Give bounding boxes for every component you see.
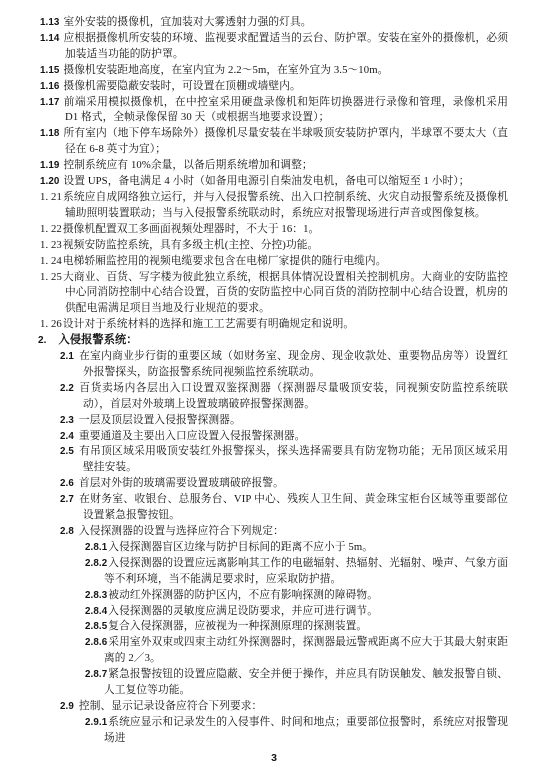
clause-text: 复合入侵探测器，应被视为一种探测原理的探测装置。 [108, 620, 367, 632]
clause-item: 2.1在室内商业步行街的重要区域（如财务室、现金房、现金收款处、重要物品房等）设… [40, 349, 508, 381]
clause-number: 1. 25 [40, 271, 62, 283]
page-number: 3 [40, 752, 508, 764]
clause-number: 2.8.6 [85, 637, 107, 648]
clause-number: 1.20 [40, 176, 59, 187]
clause-item: 1. 26设计对于系统材料的选择和施工工艺需要有明确规定和说明。 [40, 317, 508, 333]
document-body: 1.13室外安装的摄像机，宜加装对大雾透射力强的灯具。1.14应根据摄像机所安装… [40, 15, 508, 747]
clause-item: 1. 24电梯轿厢监控用的视频电缆要求包含在电梯厂家提供的随行电缆内。 [40, 254, 508, 270]
clause-number: 1.13 [40, 17, 59, 28]
clause-text: 所有室内（地下停车场除外）摄像机尽量安装在半球吸顶安装防护罩内，半球罩不要太大（… [63, 127, 508, 155]
clause-number: 2.8.7 [85, 669, 107, 680]
clause-number: 2.8.5 [85, 621, 107, 632]
clause-number: 1. 23 [40, 239, 62, 251]
clause-number: 2.3 [60, 415, 74, 426]
section-title: 入侵报警系统： [59, 334, 138, 346]
clause-text: 摄像机安装距地高度，在室内宜为 2.2～5m，在室外宜为 3.5～10m。 [63, 64, 388, 76]
clause-text: 采用室外双束或四束主动红外探测器时，探测器最远警戒距离不应大于其最大射束距离的 … [104, 636, 508, 664]
clause-item: 2.7在财务室、收银台、总服务台、VIP 中心、残疾人卫生间、黄金珠宝柜台区域等… [40, 492, 508, 524]
clause-text: 前端采用模拟摄像机，在中控室采用硬盘录像机和矩阵切换器进行录像和管理，录像机采用… [63, 96, 508, 124]
clause-number: 1.14 [40, 33, 59, 44]
clause-number: 2.6 [60, 478, 74, 489]
clause-text: 电梯轿厢监控用的视频电缆要求包含在电梯厂家提供的随行电缆内。 [63, 255, 387, 267]
clause-number: 1.16 [40, 81, 59, 92]
clause-item: 2.8.6采用室外双束或四束主动红外探测器时，探测器最远警戒距离不应大于其最大射… [40, 635, 508, 667]
clause-item: 2.9.1系统应显示和记录发生的入侵事件、时间和地点；重要部位报警时，系统应对报… [40, 715, 508, 747]
clause-text: 大商业、百货、写字楼为彼此独立系统，根据具体情况设置相关控制机房。大商业的安防监… [63, 271, 508, 315]
clause-text: 一层及顶层设置入侵报警探测器。 [79, 414, 241, 426]
clause-number: 1.18 [40, 128, 59, 139]
clause-number: 1.15 [40, 65, 59, 76]
clause-item: 2.8.4入侵探测器的灵敏度应满足设防要求，并应可进行调节。 [40, 604, 508, 620]
clause-item: 1.18所有室内（地下停车场除外）摄像机尽量安装在半球吸顶安装防护罩内，半球罩不… [40, 126, 508, 158]
clause-number: 1. 22 [40, 223, 62, 235]
clause-item: 1.17前端采用模拟摄像机，在中控室采用硬盘录像机和矩阵切换器进行录像和管理，录… [40, 95, 508, 127]
clause-number: 1.17 [40, 97, 59, 108]
clause-text: 首层对外街的玻璃需要设置玻璃破碎报警。 [79, 477, 284, 489]
clause-item: 1.15摄像机安装距地高度，在室内宜为 2.2～5m，在室外宜为 3.5～10m… [40, 63, 508, 79]
clause-text: 应根据摄像机所安装的环境、监视要求配置适当的云台、防护罩。安装在室外的摄像机，必… [63, 32, 508, 60]
clause-item: 2.6首层对外街的玻璃需要设置玻璃破碎报警。 [40, 476, 508, 492]
clause-item: 1. 23视频安防监控系统，具有多级主机(主控、分控)功能。 [40, 238, 508, 254]
clause-item: 2.5有吊顶区域采用吸顶安装红外报警探头，探头选择需要具有防宠物功能；无吊顶区域… [40, 444, 508, 476]
clause-number: 2.8.4 [85, 606, 107, 617]
clause-item: 1.19控制系统应有 10%余量，以备后期系统增加和调整； [40, 158, 508, 174]
clause-text: 视频安防监控系统，具有多级主机(主控、分控)功能。 [63, 239, 318, 251]
clause-number: 2.1 [60, 351, 74, 362]
clause-number: 2.9.1 [85, 717, 107, 728]
clause-text: 系统应自成网络独立运行，并与入侵报警系统、出入口控制系统、火灾自动报警系统及摄像… [63, 191, 508, 219]
clause-text: 入侵探测器的设置与选择应符合下列规定： [79, 525, 284, 537]
clause-text: 入侵探测器的设置应远离影响其工作的电磁辐射、热辐射、光辐射、噪声、气象方面等不利… [104, 557, 508, 585]
clause-number: 2.8.3 [85, 590, 107, 601]
clause-number: 2.9 [60, 701, 74, 712]
clause-item: 2.2百货卖场内各层出入口设置双鉴探测器（探测器尽量吸顶安装，同视频安防监控系统… [40, 381, 508, 413]
clause-text: 设计对于系统材料的选择和施工工艺需要有明确规定和说明。 [63, 318, 354, 330]
clause-number: 2.4 [60, 431, 74, 442]
clause-item: 1.16摄像机需要隐蔽安装时，可设置在顶棚或墙壁内。 [40, 79, 508, 95]
clause-text: 设置 UPS，备电满足 4 小时（如备用电源引自柴油发电机，备电可以缩短至 1 … [63, 175, 469, 187]
clause-item: 2.8入侵探测器的设置与选择应符合下列规定： [40, 524, 508, 540]
clause-number: 1. 24 [40, 255, 62, 267]
section-heading: 2.入侵报警系统： [40, 333, 508, 349]
clause-text: 重要通道及主要出入口应设置入侵报警探测器。 [79, 430, 306, 442]
clause-number: 2.8.1 [85, 542, 107, 553]
clause-number: 2.5 [60, 446, 74, 457]
clause-text: 有吊顶区域采用吸顶安装红外报警探头，探头选择需要具有防宠物功能；无吊顶区域采用壁… [79, 445, 508, 473]
clause-number: 1.19 [40, 160, 59, 171]
clause-number: 2.8 [60, 526, 74, 537]
clause-item: 2.3一层及顶层设置入侵报警探测器。 [40, 413, 508, 429]
clause-number: 1. 21 [40, 191, 62, 203]
section-number: 2. [38, 335, 47, 346]
clause-item: 2.8.7紧急报警按钮的设置应隐蔽、安全并便于操作，并应具有防误触发、触发报警自… [40, 667, 508, 699]
clause-text: 入侵探测器盲区边缘与防护目标间的距离不应小于 5m。 [108, 541, 373, 553]
clause-number: 2.7 [60, 494, 74, 505]
clause-item: 1. 25大商业、百货、写字楼为彼此独立系统，根据具体情况设置相关控制机房。大商… [40, 270, 508, 318]
clause-item: 2.4重要通道及主要出入口应设置入侵报警探测器。 [40, 429, 508, 445]
clause-number: 2.8.2 [85, 558, 107, 569]
clause-item: 1. 22摄像机配置双工多画面视频处理器时，不大于 16：1。 [40, 222, 508, 238]
clause-text: 室外安装的摄像机，宜加装对大雾透射力强的灯具。 [63, 16, 311, 28]
clause-item: 2.8.1入侵探测器盲区边缘与防护目标间的距离不应小于 5m。 [40, 540, 508, 556]
document-page: 1.13室外安装的摄像机，宜加装对大雾透射力强的灯具。1.14应根据摄像机所安装… [0, 0, 544, 771]
clause-text: 被动红外探测器的防护区内，不应有影响探测的障碍物。 [108, 589, 378, 601]
clause-text: 在室内商业步行街的重要区域（如财务室、现金房、现金收款处、重要物品房等）设置红外… [79, 350, 508, 378]
clause-item: 1.14应根据摄像机所安装的环境、监视要求配置适当的云台、防护罩。安装在室外的摄… [40, 31, 508, 63]
clause-text: 控制、显示记录设备应符合下列要求： [79, 700, 262, 712]
clause-item: 2.8.2入侵探测器的设置应远离影响其工作的电磁辐射、热辐射、光辐射、噪声、气象… [40, 556, 508, 588]
clause-item: 2.8.5复合入侵探测器，应被视为一种探测原理的探测装置。 [40, 619, 508, 635]
clause-item: 1.20设置 UPS，备电满足 4 小时（如备用电源引自柴油发电机，备电可以缩短… [40, 174, 508, 190]
clause-text: 入侵探测器的灵敏度应满足设防要求，并应可进行调节。 [108, 605, 378, 617]
clause-number: 2.2 [60, 383, 74, 394]
clause-text: 控制系统应有 10%余量，以备后期系统增加和调整； [63, 159, 312, 171]
clause-text: 百货卖场内各层出入口设置双鉴探测器（探测器尽量吸顶安装，同视频安防监控系统联动）… [79, 382, 508, 410]
clause-text: 摄像机配置双工多画面视频处理器时，不大于 16：1。 [63, 223, 319, 235]
clause-text: 摄像机需要隐蔽安装时，可设置在顶棚或墙壁内。 [63, 80, 300, 92]
clause-text: 系统应显示和记录发生的入侵事件、时间和地点；重要部位报警时，系统应对报警现场进 [104, 716, 508, 744]
clause-item: 2.9控制、显示记录设备应符合下列要求： [40, 699, 508, 715]
clause-text: 在财务室、收银台、总服务台、VIP 中心、残疾人卫生间、黄金珠宝柜台区域等重要部… [79, 493, 508, 521]
clause-item: 2.8.3被动红外探测器的防护区内，不应有影响探测的障碍物。 [40, 588, 508, 604]
clause-item: 1. 21系统应自成网络独立运行，并与入侵报警系统、出入口控制系统、火灾自动报警… [40, 190, 508, 222]
clause-item: 1.13室外安装的摄像机，宜加装对大雾透射力强的灯具。 [40, 15, 508, 31]
clause-number: 1. 26 [40, 318, 62, 330]
clause-text: 紧急报警按钮的设置应隐蔽、安全并便于操作，并应具有防误触发、触发报警自锁、人工复… [104, 668, 508, 696]
